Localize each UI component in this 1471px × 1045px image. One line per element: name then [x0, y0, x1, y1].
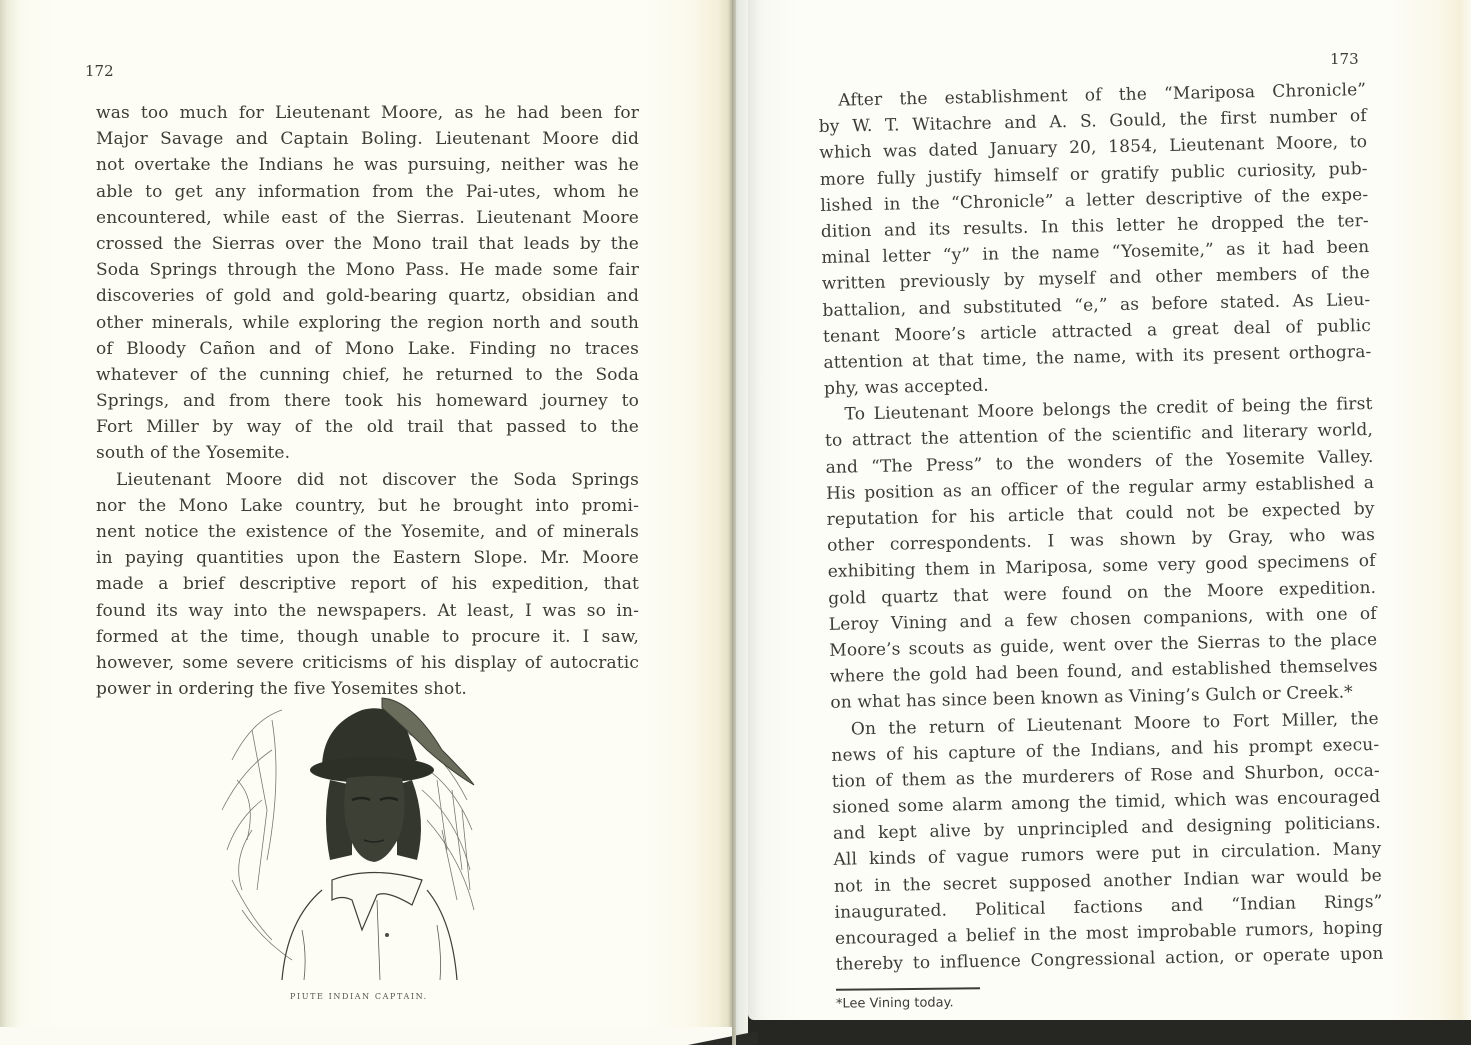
- text-line: discoveries of gold and gold-bearing qua…: [96, 283, 639, 309]
- right-page-body: After the establishment of the “Mariposa…: [818, 77, 1384, 978]
- text-line: nent notice the existence of the Yosemit…: [96, 519, 639, 545]
- text-line: other minerals, while exploring the regi…: [96, 310, 639, 336]
- text-line: of Bloody Cañon and of Mono Lake. Findin…: [96, 336, 639, 362]
- footnote: *Lee Vining today.: [836, 995, 954, 1011]
- left-page-bottom-edge: [0, 1027, 732, 1045]
- text-line: encountered, while east of the Sierras. …: [96, 205, 639, 231]
- text-line: Major Savage and Captain Boling. Lieuten…: [96, 126, 639, 152]
- text-line: nor the Mono Lake country, but he brough…: [96, 493, 639, 519]
- text-line: however, some severe criticisms of his d…: [96, 650, 639, 676]
- figure-caption: PIUTE INDIAN CAPTAIN.: [290, 992, 428, 1001]
- page-number-left: 172: [85, 62, 114, 80]
- book-spread: 172 was too much for Lieutenant Moore, a…: [0, 0, 1471, 1045]
- portrait-engraving: [212, 690, 482, 980]
- text-line: made a brief descriptive report of his e…: [96, 571, 639, 597]
- text-line: whatever of the cunning chief, he return…: [96, 362, 639, 388]
- text-line: south of the Yosemite.: [96, 440, 639, 466]
- text-line: Soda Springs through the Mono Pass. He m…: [96, 257, 639, 283]
- text-line: formed at the time, though unable to pro…: [96, 624, 639, 650]
- text-line: not overtake the Indians he was pursuing…: [96, 152, 639, 178]
- text-line: Springs, and from there took his homewar…: [96, 388, 639, 414]
- text-line: was too much for Lieutenant Moore, as he…: [96, 100, 639, 126]
- page-number-right: 173: [1330, 50, 1359, 68]
- text-line: in paying quantities upon the Eastern Sl…: [96, 545, 639, 571]
- text-line: Fort Miller by way of the old trail that…: [96, 414, 639, 440]
- left-page-body: was too much for Lieutenant Moore, as he…: [96, 100, 639, 702]
- text-line: Lieutenant Moore did not discover the So…: [96, 467, 639, 493]
- text-line: crossed the Sierras over the Mono trail …: [96, 231, 639, 257]
- book-gutter: [732, 0, 736, 1045]
- text-line: able to get any information from the Pai…: [96, 179, 639, 205]
- text-line: found its way into the newspapers. At le…: [96, 598, 639, 624]
